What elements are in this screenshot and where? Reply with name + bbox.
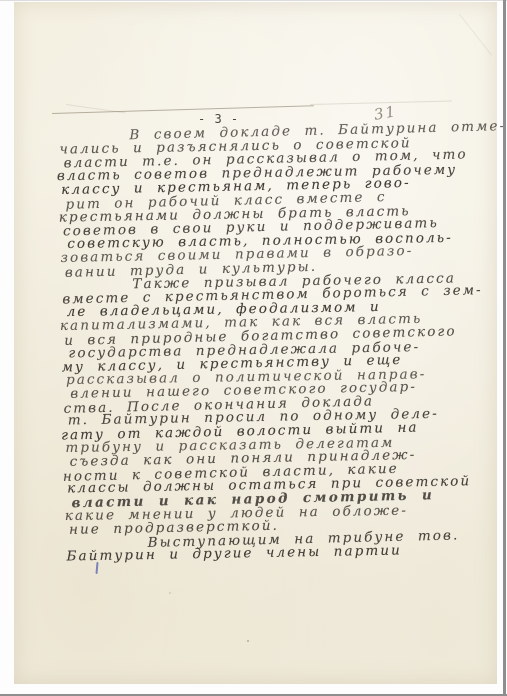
paper-speck <box>247 640 249 642</box>
scan-edge-right <box>503 0 506 696</box>
fold-crease <box>52 105 314 114</box>
fold-crease <box>459 14 492 56</box>
scan-edge-top <box>0 0 507 1</box>
handwritten-text: В своем докладе т. Байтурина отме-чались… <box>60 121 505 565</box>
paper-speck <box>169 592 171 594</box>
